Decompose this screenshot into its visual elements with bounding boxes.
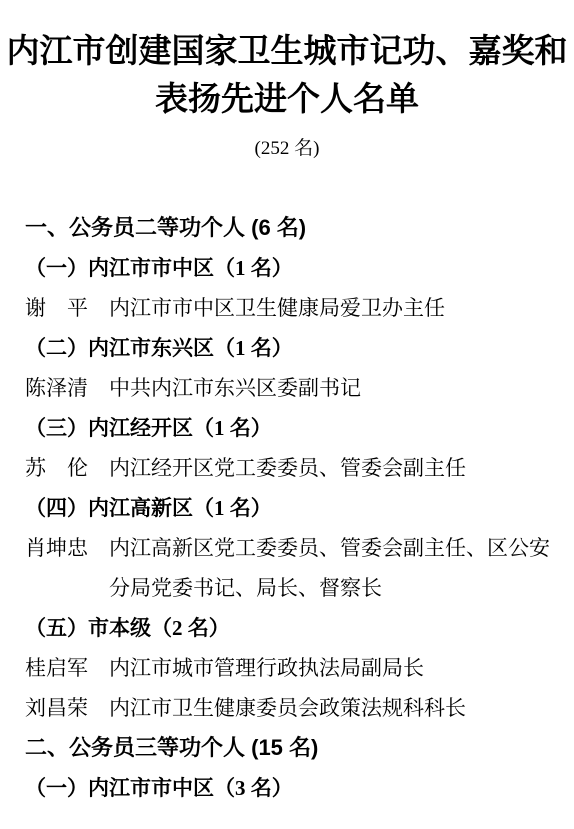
document-page: 内江市创建国家卫生城市记功、嘉奖和 表扬先进个人名单 (252 名) 一、公务员…	[0, 0, 574, 829]
subsection-heading: （三）内江经开区（1 名）	[25, 408, 564, 448]
entry-row: 肖坤忠内江高新区党工委委员、管委会副主任、区公安分局党委书记、局长、督察长	[25, 528, 564, 608]
entry-person-title: 中共内江市东兴区委副书记	[109, 368, 564, 408]
entry-person-name: 陈泽清	[25, 368, 88, 408]
entry-person-name: 肖坤忠	[25, 528, 88, 568]
document-body: 一、公务员二等功个人 (6 名)（一）内江市市中区（1 名）谢 平内江市市中区卫…	[0, 208, 574, 808]
entry-person-name: 桂启军	[25, 648, 88, 688]
entry-person-title: 内江市卫生健康委员会政策法规科科长	[109, 688, 564, 728]
document-title-line2: 表扬先进个人名单	[155, 82, 419, 118]
entry-row: 苏 伦内江经开区党工委委员、管委会副主任	[25, 448, 564, 488]
entry-person-title: 内江市市中区卫生健康局爱卫办主任	[109, 288, 564, 328]
entry-person-title: 内江市城市管理行政执法局副局长	[109, 648, 564, 688]
section-heading: 一、公务员二等功个人 (6 名)	[25, 208, 564, 248]
entry-person-name: 谢 平	[25, 288, 88, 328]
entry-person-name: 苏 伦	[25, 448, 88, 488]
entry-row: 桂启军内江市城市管理行政执法局副局长	[25, 648, 564, 688]
entry-row: 谢 平内江市市中区卫生健康局爱卫办主任	[25, 288, 564, 328]
section-heading: 二、公务员三等功个人 (15 名)	[25, 728, 564, 768]
subsection-heading: （一）内江市市中区（3 名）	[25, 768, 564, 808]
entry-person-title: 内江经开区党工委委员、管委会副主任	[109, 448, 564, 488]
document-title-line1: 内江市创建国家卫生城市记功、嘉奖和	[7, 34, 568, 70]
entry-row: 陈泽清中共内江市东兴区委副书记	[25, 368, 564, 408]
subsection-heading: （五）市本级（2 名）	[25, 608, 564, 648]
entry-row: 刘昌荣内江市卫生健康委员会政策法规科科长	[25, 688, 564, 728]
document-title: 内江市创建国家卫生城市记功、嘉奖和 表扬先进个人名单	[0, 28, 574, 124]
entry-person-name: 刘昌荣	[25, 688, 88, 728]
document-subtitle-count: (252 名)	[0, 137, 574, 161]
subsection-heading: （四）内江高新区（1 名）	[25, 488, 564, 528]
subsection-heading: （一）内江市市中区（1 名）	[25, 248, 564, 288]
entry-person-title: 内江高新区党工委委员、管委会副主任、区公安分局党委书记、局长、督察长	[109, 528, 564, 608]
subsection-heading: （二）内江市东兴区（1 名）	[25, 328, 564, 368]
